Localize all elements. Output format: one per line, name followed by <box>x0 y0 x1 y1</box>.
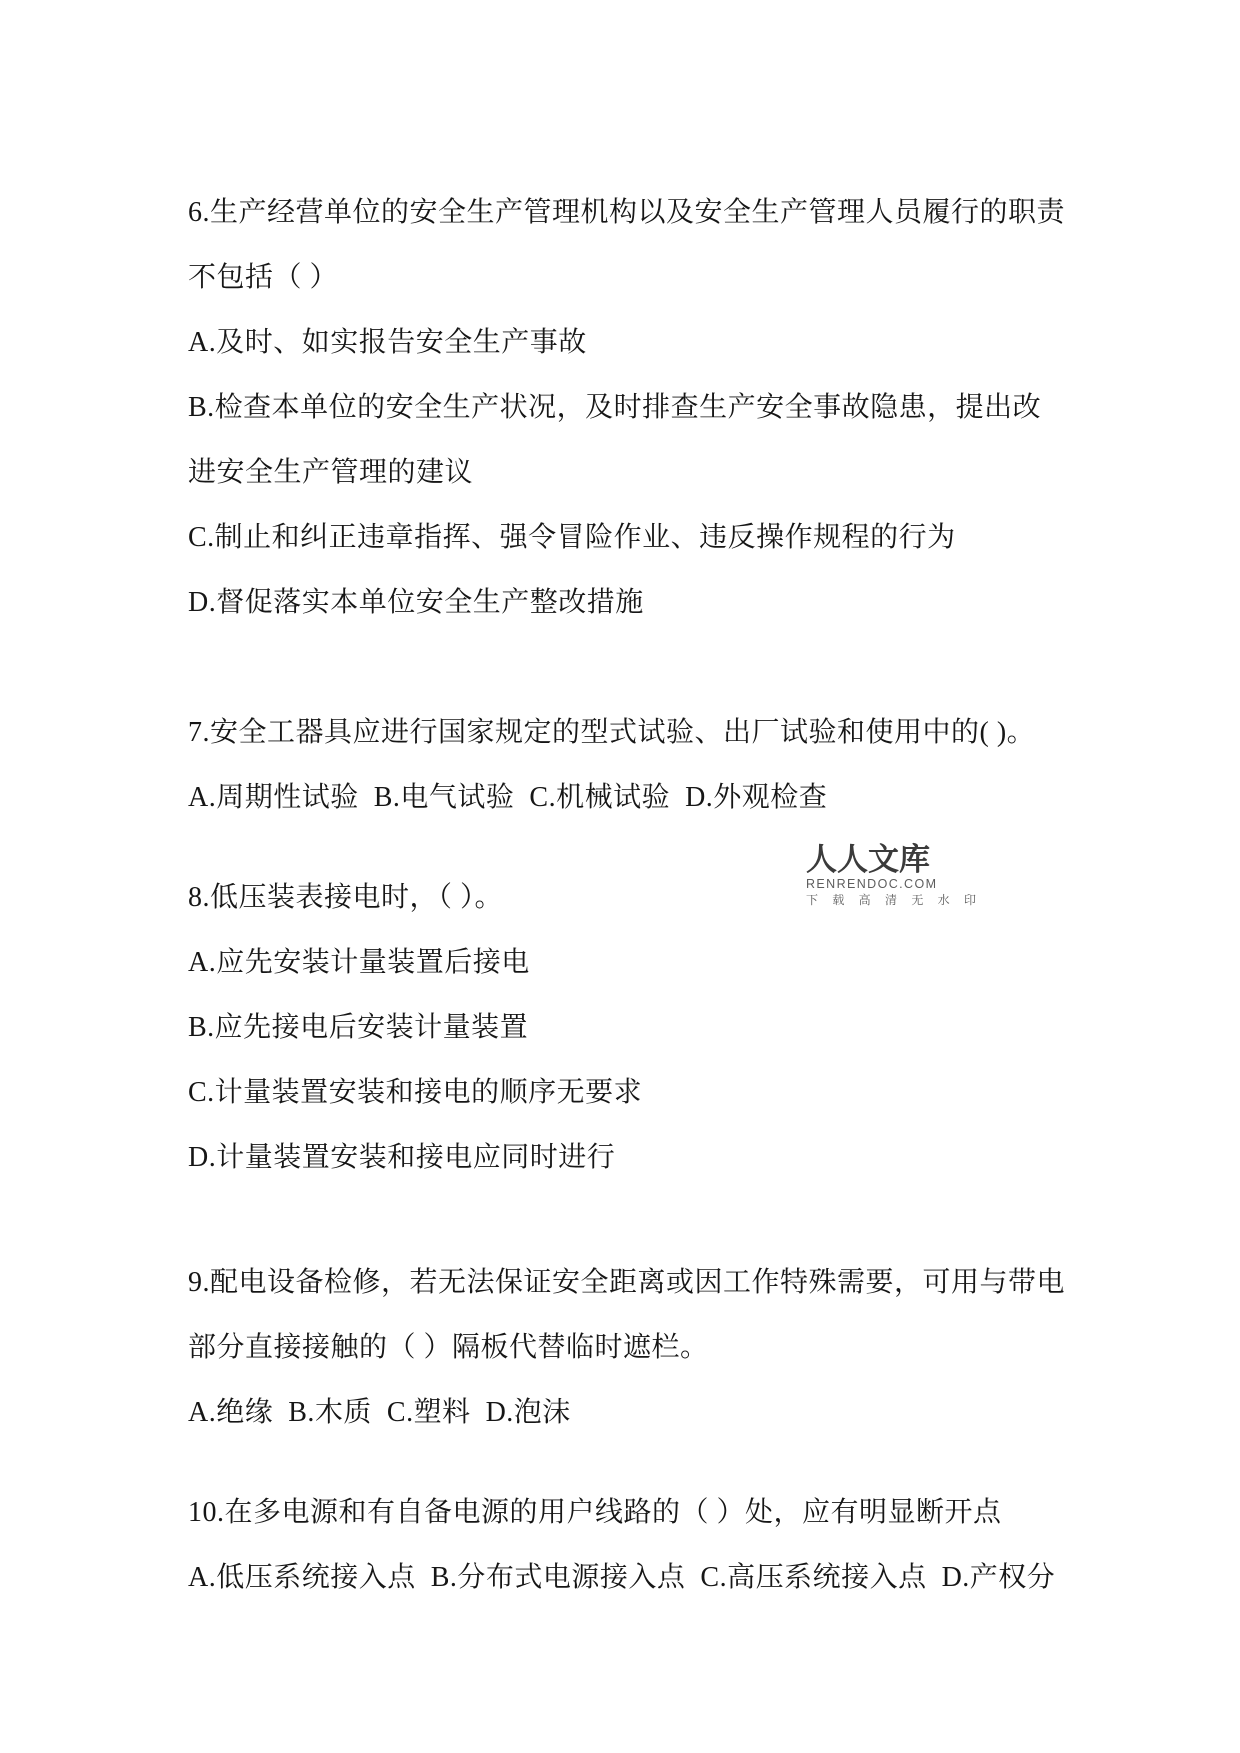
question-9: 9.配电设备检修，若无法保证安全距离或因工作特殊需要，可用与带电部分直接接触的（… <box>188 1250 1093 1445</box>
text-line: A.绝缘 B.木质 C.塑料 D.泡沫 <box>188 1380 1093 1445</box>
text-line: 进安全生产管理的建议 <box>188 440 1093 505</box>
text-line: D.督促落实本单位安全生产整改措施 <box>188 570 1093 635</box>
watermark-site-url: RENRENDOC.COM <box>806 878 938 891</box>
question-list: 6.生产经营单位的安全生产管理机构以及安全生产管理人员履行的职责不包括（ ）A.… <box>188 0 1093 1610</box>
watermark-logo-text: 人人文库 <box>806 843 938 876</box>
text-line: A.应先安装计量装置后接电 <box>188 930 1093 995</box>
text-line: 10.在多电源和有自备电源的用户线路的（ ）处，应有明显断开点 <box>188 1480 1093 1545</box>
question-7: 7.安全工器具应进行国家规定的型式试验、出厂试验和使用中的( )。A.周期性试验… <box>188 700 1093 830</box>
text-line: 不包括（ ） <box>188 245 1093 310</box>
text-line: 部分直接接触的（ ）隔板代替临时遮栏。 <box>188 1315 1093 1380</box>
text-line: 9.配电设备检修，若无法保证安全距离或因工作特殊需要，可用与带电 <box>188 1250 1093 1315</box>
text-line: B.检查本单位的安全生产状况，及时排查生产安全事故隐患，提出改 <box>188 375 1093 440</box>
text-line: C.计量装置安装和接电的顺序无要求 <box>188 1060 1093 1125</box>
renrendoc-watermark: 人人文库 RENRENDOC.COM 下 载 高 清 无 水 印 <box>806 843 938 907</box>
question-6: 6.生产经营单位的安全生产管理机构以及安全生产管理人员履行的职责不包括（ ）A.… <box>188 180 1093 635</box>
text-line: C.制止和纠正违章指挥、强令冒险作业、违反操作规程的行为 <box>188 505 1093 570</box>
text-line: A.低压系统接入点 B.分布式电源接入点 C.高压系统接入点 D.产权分 <box>188 1545 1093 1610</box>
question-8: 8.低压装表接电时，（ ）。A.应先安装计量装置后接电B.应先接电后安装计量装置… <box>188 865 1093 1190</box>
text-line: A.及时、如实报告安全生产事故 <box>188 310 1093 375</box>
text-line: 6.生产经营单位的安全生产管理机构以及安全生产管理人员履行的职责 <box>188 180 1093 245</box>
exam-document-page: 6.生产经营单位的安全生产管理机构以及安全生产管理人员履行的职责不包括（ ）A.… <box>0 0 1240 1753</box>
text-line: 7.安全工器具应进行国家规定的型式试验、出厂试验和使用中的( )。 <box>188 700 1093 765</box>
text-line: B.应先接电后安装计量装置 <box>188 995 1093 1060</box>
text-line: D.计量装置安装和接电应同时进行 <box>188 1125 1093 1190</box>
question-10: 10.在多电源和有自备电源的用户线路的（ ）处，应有明显断开点A.低压系统接入点… <box>188 1480 1093 1610</box>
watermark-tagline: 下 载 高 清 无 水 印 <box>806 894 938 907</box>
text-line: A.周期性试验 B.电气试验 C.机械试验 D.外观检查 <box>188 765 1093 830</box>
